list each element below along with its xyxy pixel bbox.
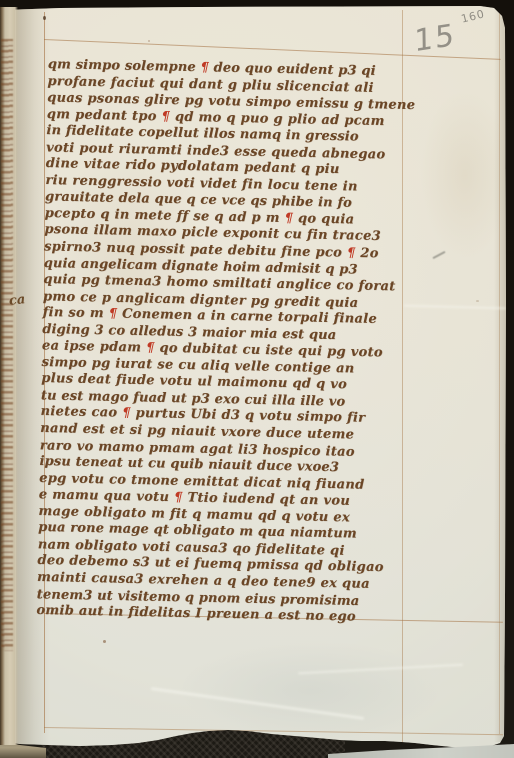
rubric-paragraph-mark: ¶	[174, 490, 183, 505]
folio-number-pencil: 15	[414, 18, 456, 60]
parchment-page: 160 15 qm simpo solempne ¶ deo quo euide…	[0, 0, 514, 758]
rubric-paragraph-mark: ¶	[347, 246, 356, 261]
pencil-mark	[432, 251, 445, 259]
lower-leaf-edge-right	[328, 744, 514, 758]
foredge-text-fragments	[1, 39, 13, 651]
ink-speck	[148, 40, 150, 42]
ink-speck	[103, 640, 106, 643]
parchment-stain	[180, 640, 440, 740]
page-edge-shade	[494, 6, 507, 742]
margin-note: ca	[8, 292, 26, 309]
parchment-crease	[404, 305, 506, 310]
rubric-paragraph-mark: ¶	[108, 307, 117, 322]
frame-rule-vertical-outer-right	[499, 8, 500, 734]
rubric-paragraph-mark: ¶	[146, 341, 155, 356]
foredge-leaf-stack	[0, 7, 18, 745]
corner-number-pencil: 160	[460, 7, 486, 25]
manuscript-photo: 160 15 qm simpo solempne ¶ deo quo euide…	[0, 0, 514, 758]
pricking-mark	[43, 16, 46, 20]
ink-speck	[476, 300, 479, 302]
manuscript-text: qm simpo solempne ¶ deo quo euident p3 q…	[36, 57, 414, 627]
